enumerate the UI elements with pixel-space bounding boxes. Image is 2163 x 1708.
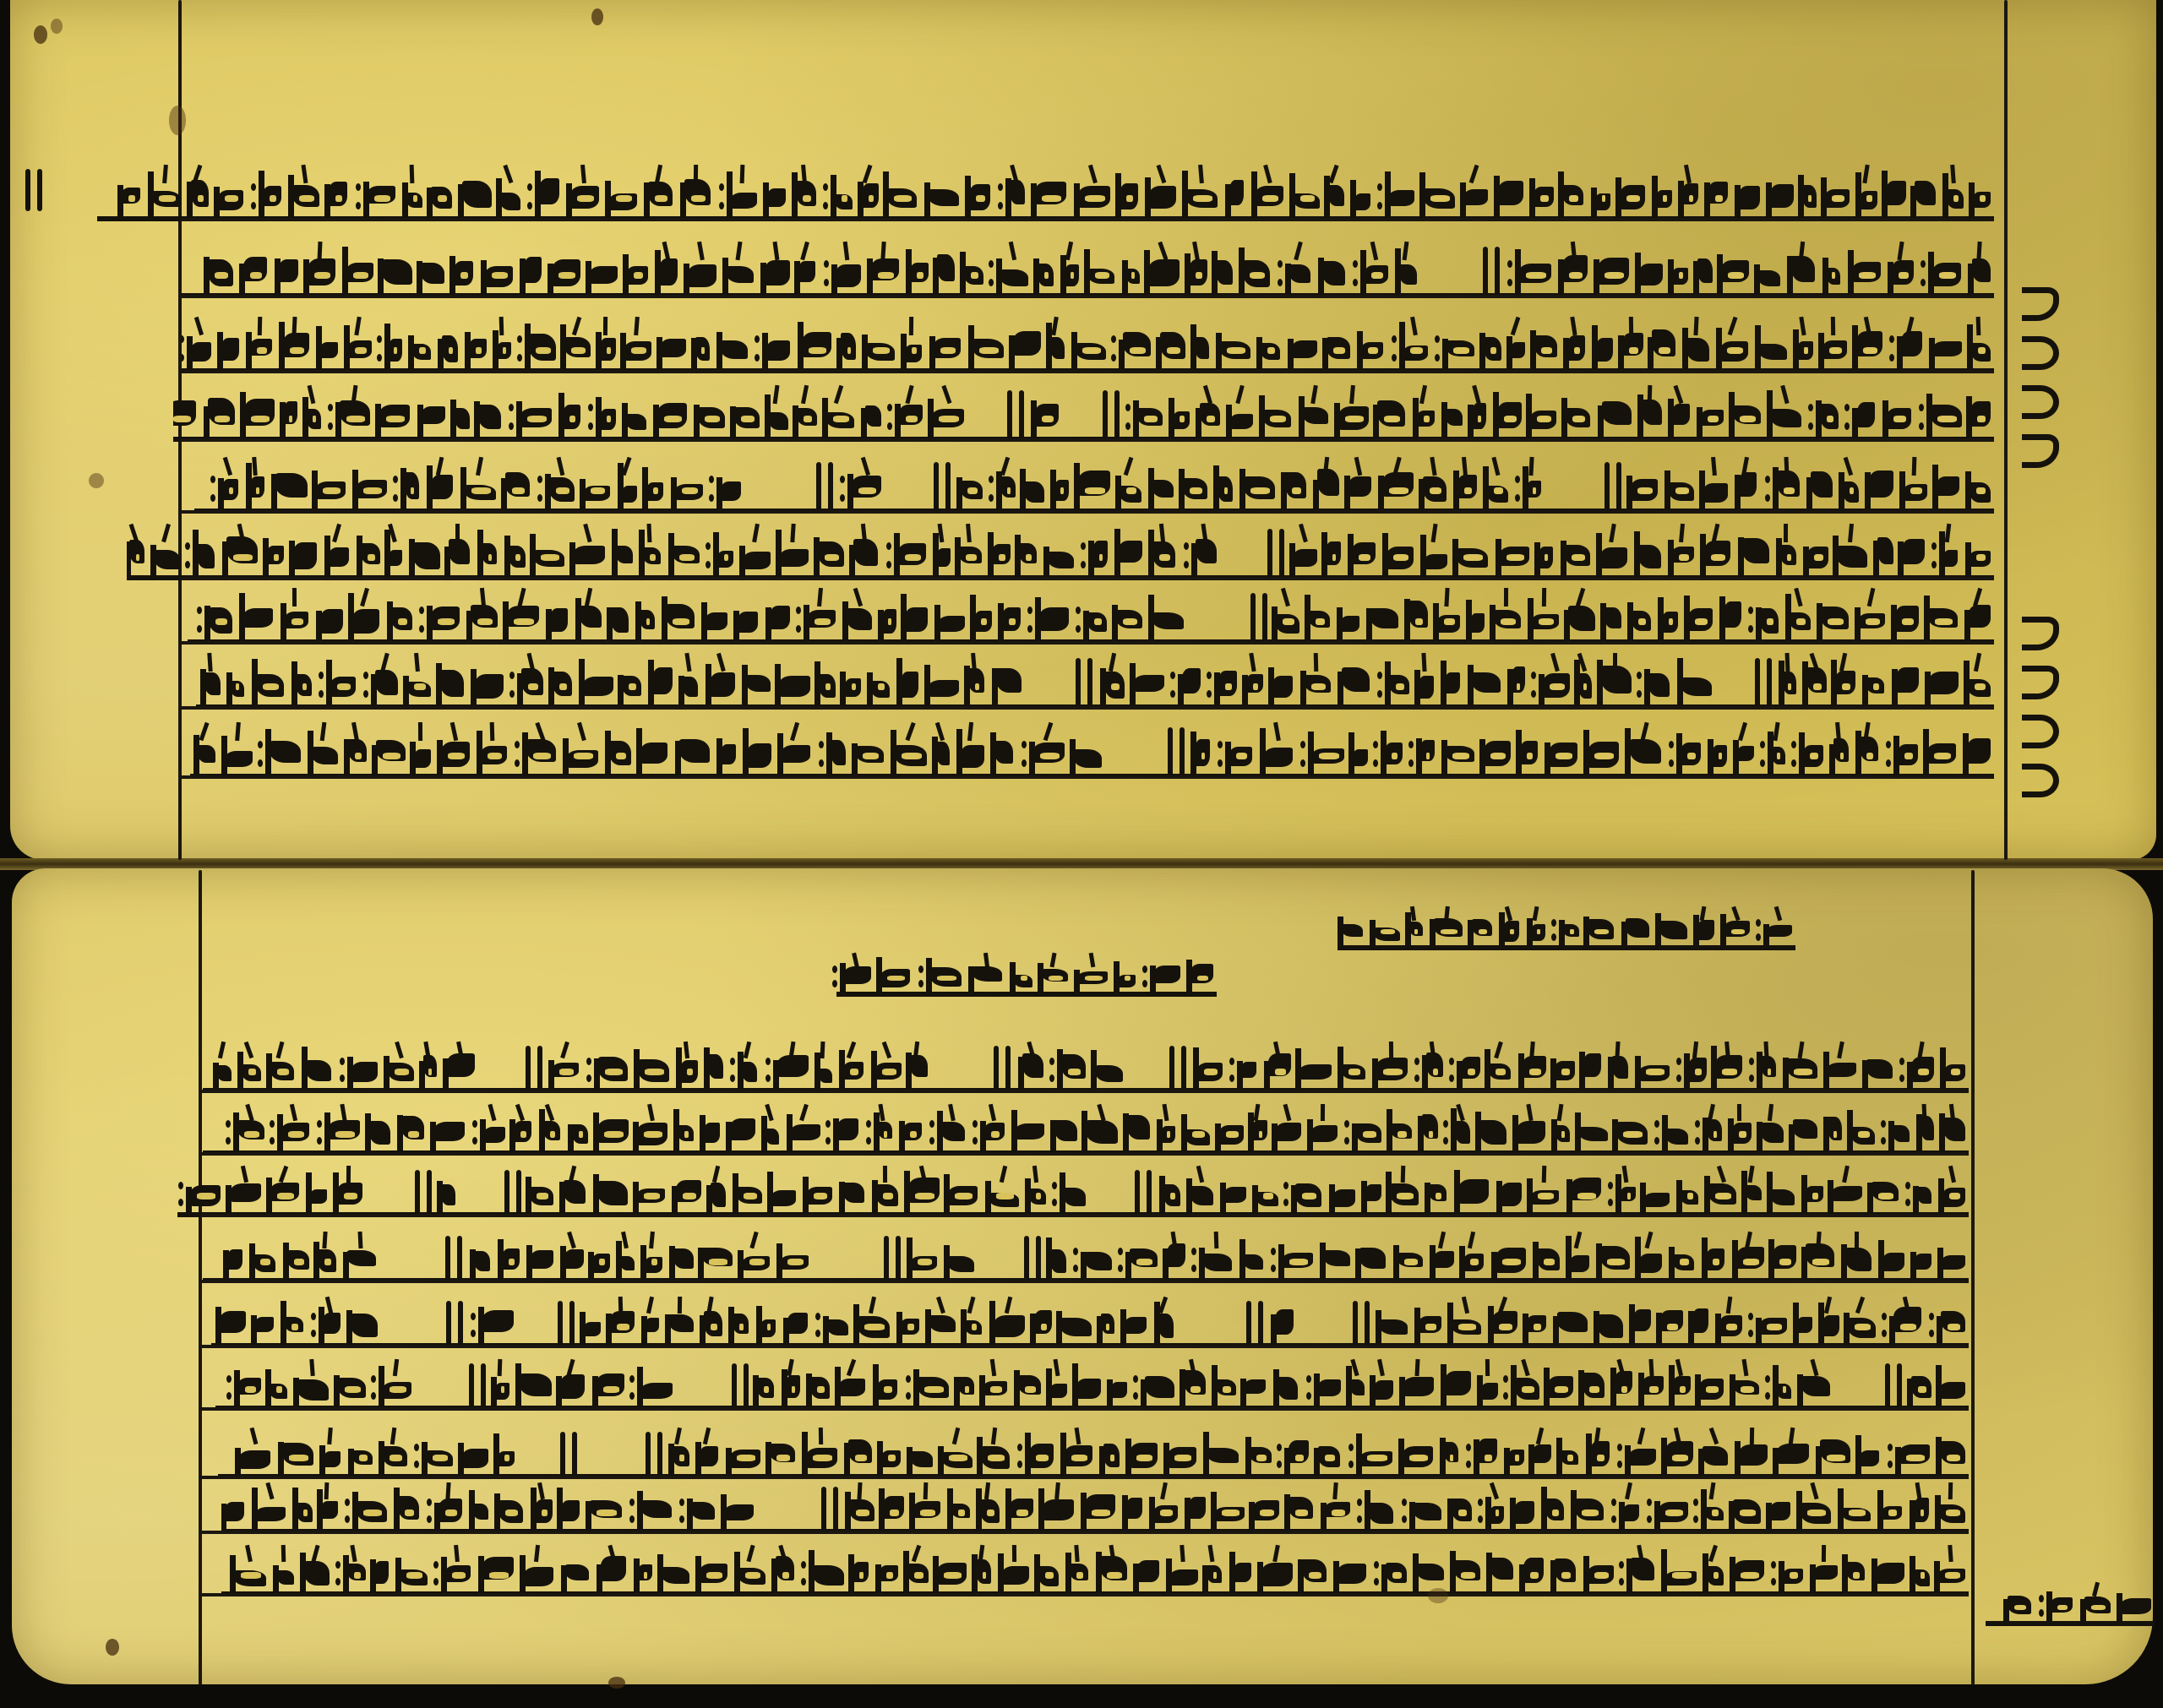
ink-stain — [591, 8, 603, 25]
ink-stain — [608, 1677, 625, 1689]
glyph-run — [182, 313, 1994, 373]
ruling-line — [200, 1593, 1969, 1596]
manuscript-line — [194, 449, 1994, 514]
glyph-run — [203, 1100, 1969, 1156]
manuscript-line — [221, 1537, 1969, 1596]
glyph-run — [836, 949, 1217, 997]
glyph-run — [188, 584, 1994, 645]
glyph-run — [97, 160, 1994, 221]
margin-glyph — [2022, 287, 2059, 321]
glyph-run — [221, 1541, 1969, 1596]
glyph-run — [196, 649, 1994, 710]
margin-glyph — [2022, 764, 2059, 797]
bottom-left-margin-rule — [199, 870, 202, 1685]
margin-note-bottom-page — [1986, 1575, 2155, 1626]
ruling-line — [180, 295, 1994, 298]
margin-glyph — [2022, 434, 2059, 468]
manuscript-line — [127, 516, 1994, 580]
manuscript-line — [173, 378, 1994, 442]
glyph-run — [203, 1227, 1969, 1283]
glyph-run — [1339, 903, 1795, 950]
ruling-line — [180, 218, 1994, 221]
ruling-line — [180, 370, 1994, 373]
margin-glyph — [2022, 336, 2059, 370]
ruling-line — [180, 438, 1994, 442]
ruling-line — [200, 1531, 1969, 1534]
ink-stain — [89, 473, 104, 488]
ink-stain — [34, 25, 47, 44]
margin-glyph — [2022, 666, 2059, 699]
glyph-run — [203, 1037, 1969, 1093]
margin-glyph — [2022, 385, 2059, 419]
margin-note-folio-lower — [2015, 617, 2066, 828]
manuscript-line — [203, 1096, 1969, 1156]
glyph-run — [127, 519, 1994, 580]
opening-danda-mark — [24, 166, 49, 211]
ink-stain — [169, 106, 186, 135]
manuscript-line — [215, 1352, 1969, 1411]
margin-glyph — [2022, 617, 2059, 650]
ink-stain — [106, 1639, 119, 1656]
glyph-run — [211, 1292, 1969, 1348]
glyph-run — [215, 1355, 1969, 1411]
glyph-run — [190, 718, 1994, 779]
manuscript-line — [182, 309, 1994, 373]
ruling-line — [180, 510, 1994, 514]
glyph-run — [173, 381, 1994, 442]
manuscript-line — [97, 157, 1994, 221]
ink-stain — [1428, 1588, 1448, 1603]
manuscript-line — [203, 1224, 1969, 1283]
ruling-line — [180, 641, 1994, 645]
ruling-line — [180, 775, 1994, 779]
manuscript-line — [190, 715, 1994, 779]
glyph-run — [194, 453, 1994, 514]
top-right-margin-rule — [2004, 0, 2008, 860]
margin-glyph — [2022, 715, 2059, 748]
glyph-run — [218, 1423, 1969, 1479]
manuscript-line — [203, 1034, 1969, 1093]
ink-stain — [51, 19, 63, 34]
manuscript-line — [196, 645, 1994, 710]
ruling-line — [200, 1345, 1969, 1348]
ruling-line — [200, 1152, 1969, 1156]
ruling-line — [200, 1090, 1969, 1093]
glyph-run — [177, 1161, 1969, 1217]
ruling-line — [200, 1407, 1969, 1411]
glyph-run — [221, 1478, 1969, 1534]
bottom-right-margin-rule — [1971, 870, 1975, 1685]
glyph-run — [1986, 1579, 2155, 1626]
manuscript-line — [182, 234, 1994, 298]
ruling-line — [180, 706, 1994, 710]
manuscript-line — [211, 1289, 1969, 1348]
glyph-run — [182, 237, 1994, 298]
manuscript-line — [177, 1158, 1969, 1217]
ruling-line — [200, 1280, 1969, 1283]
bottom-page-heading-upper — [1339, 900, 1795, 950]
manuscript-line — [188, 580, 1994, 645]
margin-note-folio-top — [2015, 287, 2066, 498]
manuscript-line — [218, 1420, 1969, 1479]
manuscript-line — [221, 1475, 1969, 1534]
ruling-line — [200, 1214, 1969, 1217]
bottom-page-heading-lower — [836, 946, 1217, 997]
